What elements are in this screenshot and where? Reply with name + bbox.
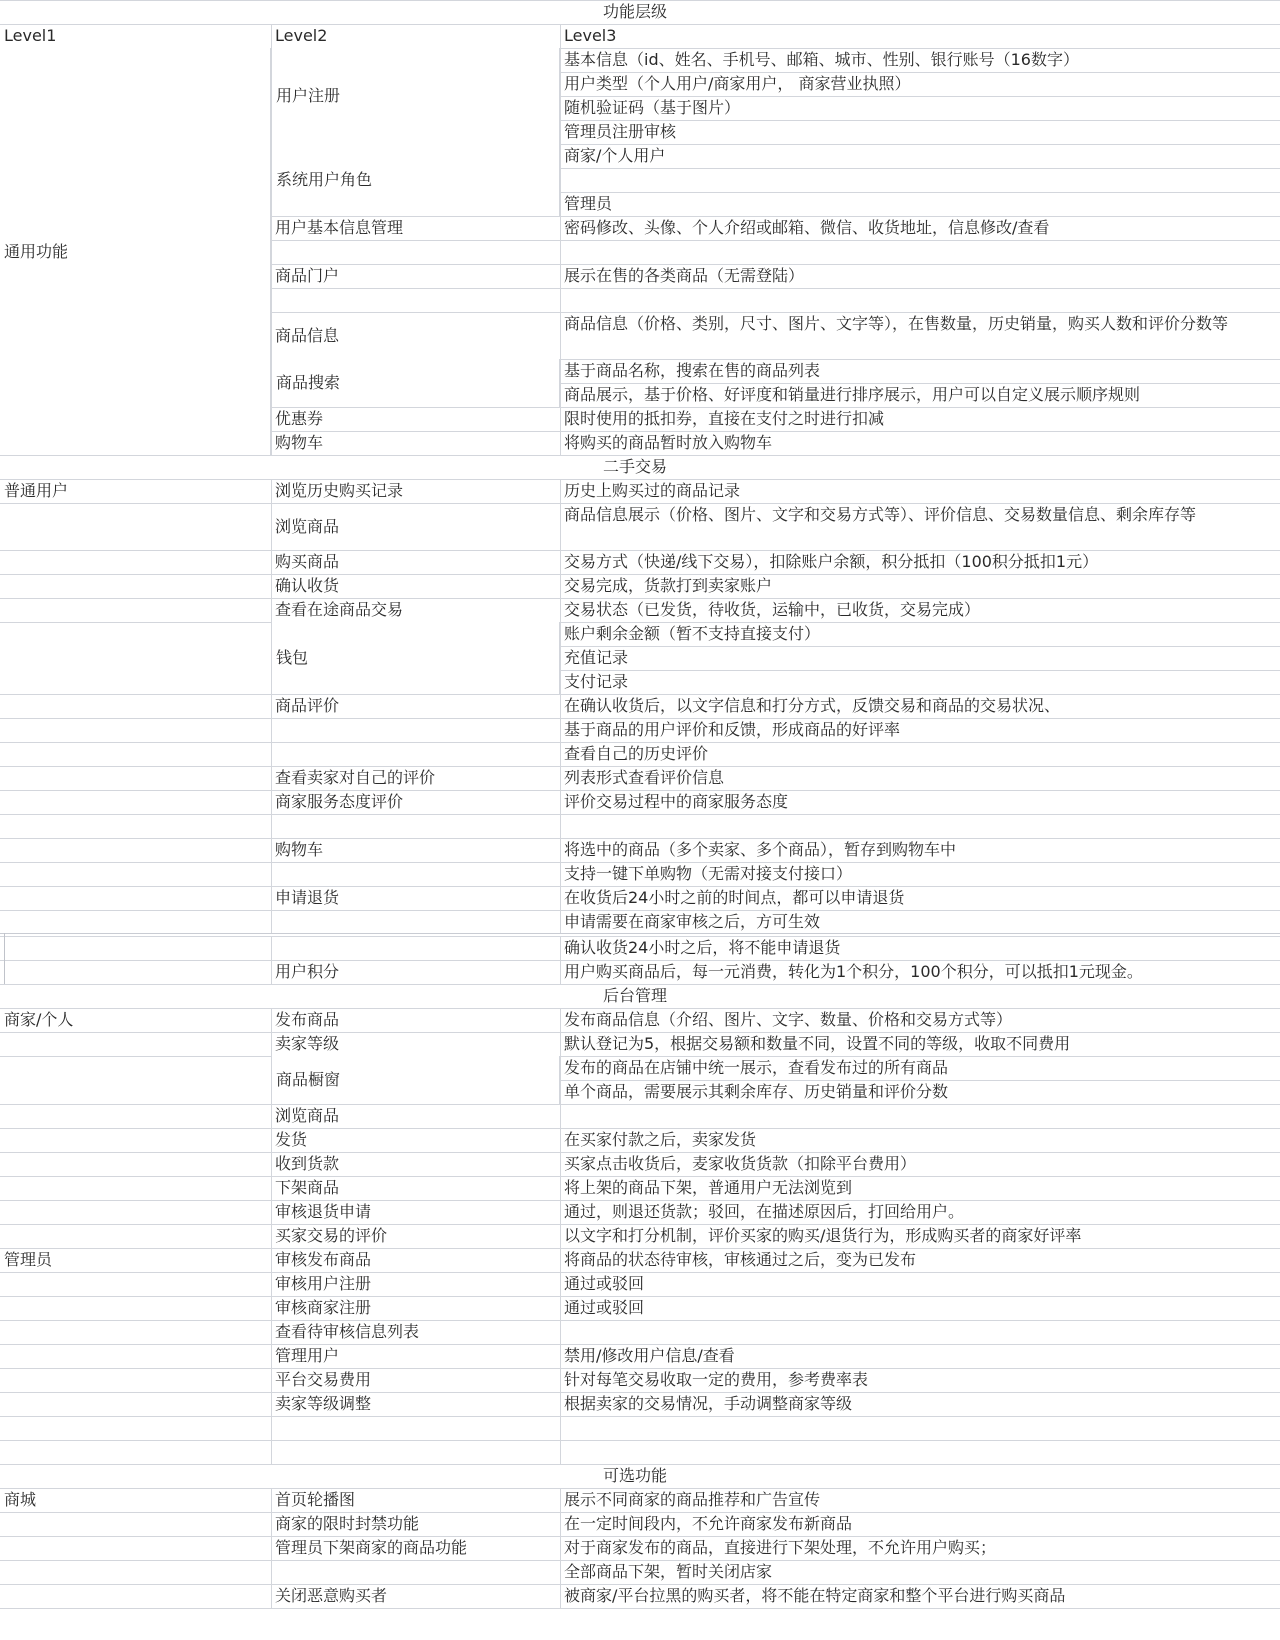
cell-level3[interactable]: 交易完成，货款打到卖家账户 (560, 574, 1280, 598)
cell-level2[interactable]: 查看待审核信息列表 (271, 1320, 560, 1344)
cell-level2[interactable]: 浏览商品 (271, 503, 560, 550)
cell-level2[interactable]: 审核发布商品 (271, 1248, 560, 1272)
cell-level3[interactable]: 默认登记为5，根据交易额和数量不同，设置不同的等级，收取不同费用 (560, 1032, 1280, 1056)
column-border (271, 1416, 272, 1440)
section-title: 可选功能 (0, 1464, 1280, 1488)
cell-level3[interactable]: 交易方式（快递/线下交易），扣除账户余额，积分抵扣（100积分抵扣1元） (560, 550, 1280, 574)
cell-level2[interactable]: 浏览商品 (271, 1104, 560, 1128)
cell-level1[interactable]: 普通用户 (0, 479, 271, 503)
cell-level2[interactable]: 用户基本信息管理 (271, 216, 560, 240)
cell-level3[interactable] (560, 240, 1280, 264)
cell-level3[interactable]: 用户类型（个人用户/商家用户， 商家营业执照） (560, 72, 1280, 96)
cell-level3[interactable]: 历史上购买过的商品记录 (560, 479, 1280, 503)
cell-level2[interactable]: 购物车 (271, 431, 560, 455)
cell-level3[interactable]: 根据卖家的交易情况，手动调整商家等级 (560, 1392, 1280, 1416)
section-title: 后台管理 (0, 984, 1280, 1008)
cell-level3[interactable]: 通过或驳回 (560, 1296, 1280, 1320)
column-border (271, 240, 272, 264)
cell-level3[interactable]: 确认收货24小时之后，将不能申请退货 (560, 936, 1280, 960)
spreadsheet: 功能层级Level1Level2Level3基本信息（id、姓名、手机号、邮箱、… (0, 0, 1280, 1640)
cell-level2[interactable]: 查看在途商品交易 (271, 598, 560, 622)
column-border (271, 718, 272, 742)
cell-level3[interactable]: 在一定时间段内，不允许商家发布新商品 (560, 1512, 1280, 1536)
cell-level2[interactable]: 浏览历史购买记录 (271, 479, 560, 503)
column-border (271, 1560, 272, 1584)
cell-level3[interactable] (560, 288, 1280, 312)
cell-level3[interactable]: 将购买的商品暂时放入购物车 (560, 431, 1280, 455)
cell-level3[interactable]: 将商品的状态待审核，审核通过之后，变为已发布 (560, 1248, 1280, 1272)
cell-level2[interactable]: 商品门户 (271, 264, 560, 288)
cell-level2[interactable]: 管理员下架商家的商品功能 (271, 1536, 560, 1560)
cell-level1[interactable]: 管理员 (0, 1248, 271, 1272)
cell-level2[interactable]: 发布商品 (271, 1008, 560, 1032)
column-border (271, 814, 272, 838)
cell-level2[interactable]: 购物车 (271, 838, 560, 862)
cell-level2[interactable]: 平台交易费用 (271, 1368, 560, 1392)
column-border (271, 742, 272, 766)
screenshot-seam (0, 933, 1280, 934)
cell-level3[interactable]: 账户剩余金额（暂不支持直接支付） (560, 622, 1280, 646)
cell-level3[interactable]: 密码修改、头像、个人介绍或邮箱、微信、收货地址，信息修改/查看 (560, 216, 1280, 240)
cell-level2[interactable]: 商品信息 (271, 312, 560, 359)
cell-level3[interactable]: 申请需要在商家审核之后，方可生效 (560, 910, 1280, 934)
cell-level2[interactable]: 关闭恶意购买者 (271, 1584, 560, 1608)
section-title: 二手交易 (0, 455, 1280, 479)
cell-level3[interactable] (560, 168, 1280, 192)
section-title: 功能层级 (0, 0, 1280, 24)
cell-level2[interactable]: 卖家等级调整 (271, 1392, 560, 1416)
cell-level3[interactable]: 列表形式查看评价信息 (560, 766, 1280, 790)
cell-level3[interactable]: 针对每笔交易收取一定的费用，参考费率表 (560, 1368, 1280, 1392)
cell-level2[interactable]: 发货 (271, 1128, 560, 1152)
cell-level3[interactable] (560, 1440, 1280, 1464)
cell-level3[interactable]: 管理员 (560, 192, 1280, 216)
cell-level3[interactable] (560, 1320, 1280, 1344)
column-header-1[interactable]: Level1 (0, 24, 271, 48)
cell-level2-merged[interactable]: 用户注册 (271, 48, 560, 144)
cell-level2[interactable]: 卖家等级 (271, 1032, 560, 1056)
cell-level2[interactable]: 查看卖家对自己的评价 (271, 766, 560, 790)
cell-level2[interactable]: 管理用户 (271, 1344, 560, 1368)
row-border (0, 1608, 1280, 1609)
column-header-2[interactable]: Level2 (271, 24, 560, 48)
cell-level3[interactable]: 用户购买商品后，每一元消费，转化为1个积分，100个积分，可以抵扣1元现金。 (560, 960, 1280, 984)
cell-level2[interactable]: 买家交易的评价 (271, 1224, 560, 1248)
cell-level2[interactable]: 用户积分 (271, 960, 560, 984)
cell-level1[interactable]: 商家/个人 (0, 1008, 271, 1032)
cell-level3[interactable]: 禁用/修改用户信息/查看 (560, 1344, 1280, 1368)
cell-level3[interactable]: 基于商品名称，搜索在售的商品列表 (560, 359, 1280, 383)
cell-level1[interactable]: 商城 (0, 1488, 271, 1512)
cell-level3[interactable]: 商家/个人用户 (560, 144, 1280, 168)
cell-level3[interactable]: 查看自己的历史评价 (560, 742, 1280, 766)
cell-level2[interactable]: 商家服务态度评价 (271, 790, 560, 814)
cell-level2[interactable]: 确认收货 (271, 574, 560, 598)
cell-level2[interactable]: 收到货款 (271, 1152, 560, 1176)
screenshot-seam-left (4, 933, 5, 984)
cell-level3[interactable]: 在收货后24小时之前的时间点，都可以申请退货 (560, 886, 1280, 910)
cell-level3[interactable]: 被商家/平台拉黑的购买者，将不能在特定商家和整个平台进行购买商品 (560, 1584, 1280, 1608)
cell-level1-merged[interactable]: 通用功能 (0, 48, 271, 455)
cell-level3[interactable]: 商品展示，基于价格、好评度和销量进行排序展示，用户可以自定义展示顺序规则 (560, 383, 1280, 407)
cell-level2[interactable]: 审核退货申请 (271, 1200, 560, 1224)
cell-level2[interactable]: 审核用户注册 (271, 1272, 560, 1296)
cell-level3[interactable]: 支付记录 (560, 670, 1280, 694)
cell-level3[interactable]: 通过或驳回 (560, 1272, 1280, 1296)
cell-level2-merged[interactable]: 商品橱窗 (271, 1056, 560, 1104)
cell-level2-merged[interactable]: 钱包 (271, 622, 560, 694)
cell-level3[interactable]: 在买家付款之后，卖家发货 (560, 1128, 1280, 1152)
cell-level3[interactable]: 基本信息（id、姓名、手机号、邮箱、城市、性别、银行账号（16数字） (560, 48, 1280, 72)
cell-level3[interactable]: 随机验证码（基于图片） (560, 96, 1280, 120)
cell-level2-merged[interactable]: 商品搜索 (271, 359, 560, 407)
column-header-3[interactable]: Level3 (560, 24, 1280, 48)
cell-level3[interactable]: 对于商家发布的商品，直接进行下架处理，不允许用户购买； (560, 1536, 1280, 1560)
column-border (271, 862, 272, 886)
cell-level2[interactable]: 审核商家注册 (271, 1296, 560, 1320)
cell-level2[interactable]: 优惠券 (271, 407, 560, 431)
cell-level3[interactable]: 以文字和打分机制，评价买家的购买/退货行为，形成购买者的商家好评率 (560, 1224, 1280, 1248)
column-border (271, 1440, 272, 1464)
cell-level3[interactable]: 商品信息展示（价格、图片、文字和交易方式等）、评价信息、交易数量信息、剩余库存等 (560, 503, 1280, 550)
cell-level3[interactable]: 发布的商品在店铺中统一展示，查看发布过的所有商品 (560, 1056, 1280, 1080)
cell-level3[interactable]: 管理员注册审核 (560, 120, 1280, 144)
cell-level2[interactable]: 购买商品 (271, 550, 560, 574)
cell-level2[interactable]: 商品评价 (271, 694, 560, 718)
cell-level3[interactable]: 限时使用的抵扣券，直接在支付之时进行扣减 (560, 407, 1280, 431)
column-border (271, 288, 272, 312)
cell-level2[interactable]: 下架商品 (271, 1176, 560, 1200)
cell-level3[interactable]: 全部商品下架，暂时关闭店家 (560, 1560, 1280, 1584)
cell-level3[interactable]: 在确认收货后，以文字信息和打分方式，反馈交易和商品的交易状况、 (560, 694, 1280, 718)
cell-level3[interactable]: 展示不同商家的商品推荐和广告宣传 (560, 1488, 1280, 1512)
cell-level3[interactable]: 发布商品信息（介绍、图片、文字、数量、价格和交易方式等） (560, 1008, 1280, 1032)
cell-level3[interactable]: 充值记录 (560, 646, 1280, 670)
cell-level3[interactable]: 交易状态（已发货，待收货，运输中，已收货，交易完成） (560, 598, 1280, 622)
cell-level2[interactable]: 申请退货 (271, 886, 560, 910)
cell-level2-merged[interactable]: 系统用户角色 (271, 144, 560, 216)
cell-level2[interactable]: 商家的限时封禁功能 (271, 1512, 560, 1536)
cell-level2[interactable]: 首页轮播图 (271, 1488, 560, 1512)
cell-level3[interactable]: 商品信息（价格、类别，尺寸、图片、文字等），在售数量，历史销量，购买人数和评价分… (560, 312, 1280, 359)
cell-level3[interactable]: 展示在售的各类商品（无需登陆） (560, 264, 1280, 288)
cell-level3[interactable]: 评价交易过程中的商家服务态度 (560, 790, 1280, 814)
cell-level3[interactable]: 基于商品的用户评价和反馈，形成商品的好评率 (560, 718, 1280, 742)
cell-level3[interactable]: 买家点击收货后，麦家收货货款（扣除平台费用） (560, 1152, 1280, 1176)
column-border (271, 910, 272, 934)
column-border (271, 936, 272, 960)
cell-level3[interactable] (560, 814, 1280, 838)
cell-level3[interactable]: 支持一键下单购物（无需对接支付接口） (560, 862, 1280, 886)
cell-level3[interactable]: 单个商品，需要展示其剩余库存、历史销量和评价分数 (560, 1080, 1280, 1104)
cell-level3[interactable] (560, 1416, 1280, 1440)
cell-level3[interactable]: 通过，则退还货款；驳回，在描述原因后，打回给用户。 (560, 1200, 1280, 1224)
cell-level3[interactable]: 将上架的商品下架，普通用户无法浏览到 (560, 1176, 1280, 1200)
cell-level3[interactable]: 将选中的商品（多个卖家、多个商品），暂存到购物车中 (560, 838, 1280, 862)
cell-level3[interactable] (560, 1104, 1280, 1128)
